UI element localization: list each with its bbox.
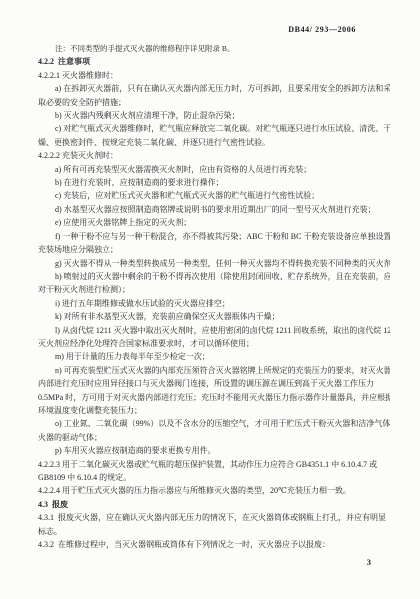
doc-line: n) 可再充装型贮压式灭火器的内部充压须符合灭火器铭牌上所规定的充装压力的要求，… (38, 364, 390, 377)
doc-line: g) 灭火器不得从一种类型转换成另一种类型，任何一种灭火器均不得转换充装不同种类… (38, 257, 390, 270)
doc-line: h) 喷射过的灭火器中剩余的干粉不得再次使用（除使用封闭回收、贮存系统外，且在充… (38, 270, 390, 283)
doc-line: 4.3.1 报废灭火器，应在确认灭火器内部无压力的情况下，在灭火器筒体或钢瓶上打… (38, 511, 390, 524)
doc-line: a) 在拆卸灭火器前，只有在确认灭火器内部无压力时，方可拆卸，且要采用安全的拆卸… (38, 82, 390, 95)
doc-line: i) 进行五年期维修或做水压试验的灭火器应排空； (38, 297, 390, 310)
doc-line: 4.2.2.2 充装灭火剂时： (38, 149, 390, 162)
doc-line: c) 对贮气瓶式灭火器维修时，贮气瓶应释放完二氧化碳。对贮气瓶逐只进行水压试验、… (38, 122, 390, 135)
doc-line: 4.2.2.4 用于贮压式灭火器的压力指示器应与所维修灭火器的类型，20℃充装压… (38, 484, 390, 497)
doc-line: 标志。 (38, 525, 390, 538)
doc-line: e) 应使用灭火器铭牌上指定的灭火剂； (38, 216, 390, 229)
doc-line: 燥、更换密封件、按规定充装二氧化碳、并逐只进行气密性试验。 (38, 136, 390, 149)
doc-line: b) 灭火器内残剩灭火剂应清理干净，防止混杂污染； (38, 109, 390, 122)
doc-line: 火器的驱动气体； (38, 431, 390, 444)
doc-line: c) 充装后，应对贮压式灭火器和贮气瓶式灭火器的贮气瓶进行气密性试验； (38, 189, 390, 202)
doc-line: 注：不同类型的手提式灭火器的维修程序详见附录 B。 (38, 42, 390, 55)
doc-line: d) 水基型灭火器应按照制造商铭牌或说明书的要求用近期出厂的同一型号灭火剂进行充… (38, 203, 390, 216)
doc-line: m) 用于计量的压力表每半年至少检定一次； (38, 350, 390, 363)
doc-line: 环境温度变化调整充装压力； (38, 404, 390, 417)
doc-line: b) 在进行充装时，应按制造商的要求进行操作； (38, 176, 390, 189)
doc-line: 4.2.2.1 灭火器维修时： (38, 69, 390, 82)
doc-line: 灭火剂应经净化处理符合国家标准要求时，才可以循环使用； (38, 337, 390, 350)
doc-line: 对干粉灭火剂进行检测）； (38, 283, 390, 296)
doc-line: o) 工业氮、二氧化碳（99%）以及不含水分的压缩空气，才可用于贮压式干粉灭火器… (38, 417, 390, 430)
doc-line: 4.3 报废 (38, 498, 390, 511)
doc-line: 0.5MPa 时，方可用于对灭火器内部进行充压；充压时不能用灭火器压力指示器作计… (38, 391, 390, 404)
doc-line: 4.3.2 在维修过程中，当灭火器钢瓶或筒体有下列情况之一时，灭火器应予以报废： (38, 538, 390, 551)
doc-line: f) 一种干粉不应与另一种干粉混合，亦不得被其污染；ABC 干粉和 BC 干粉充… (38, 230, 390, 243)
doc-line: a) 所有可再充装型灭火器需换灭火剂时，应由有资格的人员进行再充装； (38, 163, 390, 176)
doc-line: l) 从卤代烷 1211 灭火器中取出灭火剂时，应使用密闭的卤代烷 1211 回… (38, 324, 390, 337)
scanned-document-page: DB44/ 293—2006 注：不同类型的手提式灭火器的维修程序详见附录 B。… (0, 0, 420, 599)
doc-line: 取必要的安全防护措施； (38, 96, 390, 109)
doc-line: 4.2.2 注意事项 (38, 55, 390, 68)
doc-line: 4.2.2.3 用于二氧化碳灭火器或贮气瓶的超压保护装置，其动作压力应符合 GB… (38, 458, 390, 471)
document-body: 注：不同类型的手提式灭火器的维修程序详见附录 B。4.2.2 注意事项4.2.2… (38, 42, 390, 551)
doc-line: GB8109 中 6.10.4 的规定。 (38, 471, 390, 484)
standard-number-header: DB44/ 293—2006 (288, 25, 356, 34)
doc-line: p) 车用灭火器应按制造商的要求更换专用件。 (38, 444, 390, 457)
doc-line: 充装场地应分隔独立； (38, 243, 390, 256)
doc-line: k) 对所有非水基型灭火器，充装前应确保空灭火器瓶体内干燥； (38, 310, 390, 323)
doc-line: 内部进行充压时应用异径接口与灭火器阀门连接，所设置的调压源在调压到高于灭火器工作… (38, 377, 390, 390)
page-number: 3 (367, 557, 371, 567)
